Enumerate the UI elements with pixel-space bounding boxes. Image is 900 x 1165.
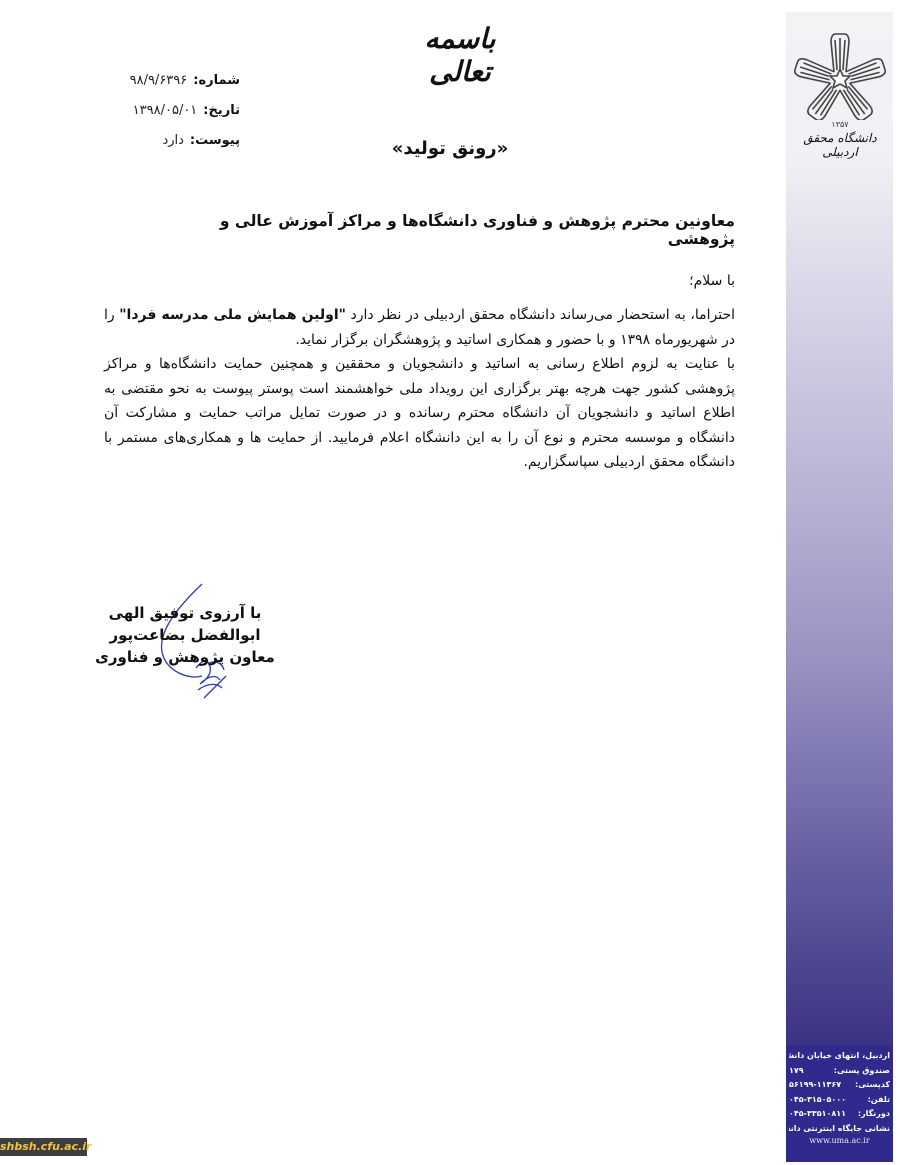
attachment-value: دارد xyxy=(162,128,183,158)
footer-web-label: نشانی جایگاه اینترنتی دانشگاه xyxy=(789,1122,890,1137)
postal-label: کدپستی: xyxy=(855,1078,890,1093)
number-label: شماره: xyxy=(193,68,240,98)
invocation-heading: باسمه تعالی xyxy=(400,22,520,88)
event-title: "اولین همایش ملی مدرسه فردا" xyxy=(119,307,346,323)
decorative-side-band xyxy=(786,12,893,1162)
logo-year: ۱۳۵۷ xyxy=(790,120,890,129)
footer-postal: کدپستی:۵۶۱۹۹-۱۱۳۶۷ xyxy=(789,1078,890,1093)
footer-fax: دورنگار:۰۴۵-۳۳۵۱۰۸۱۱ xyxy=(789,1107,890,1122)
signature-block: با آرزوی توفیق الهی ابوالفضل بضاعت‌پور م… xyxy=(90,602,280,668)
meta-date: تاریخ: ۱۳۹۸/۰۵/۰۱ xyxy=(100,98,240,128)
contact-footer: اردبیل، انتهای خیابان دانشگاه صندوق پستی… xyxy=(786,1045,893,1162)
date-value: ۱۳۹۸/۰۵/۰۱ xyxy=(133,98,198,128)
date-label: تاریخ: xyxy=(203,98,240,128)
pobox-value: ۱۷۹ xyxy=(789,1064,804,1079)
meta-attachment: پیوست: دارد xyxy=(100,128,240,158)
website-url[interactable]: www.uma.ac.ir xyxy=(789,1136,890,1145)
paragraph-2: با عنایت به لزوم اطلاع رسانی به اساتید و… xyxy=(104,352,735,475)
letter-meta: شماره: ۹۸/۹/۶۳۹۶ تاریخ: ۱۳۹۸/۰۵/۰۱ پیوست… xyxy=(100,68,240,158)
signatory-title: معاون پژوهش و فناوری xyxy=(90,646,280,668)
paragraph-1-intro: احتراما، به استحضار می‌رساند دانشگاه محق… xyxy=(346,307,735,323)
university-name: دانشگاه محقق اردبیلی xyxy=(790,131,890,159)
footer-address: اردبیل، انتهای خیابان دانشگاه xyxy=(789,1049,890,1064)
meta-number: شماره: ۹۸/۹/۶۳۹۶ xyxy=(100,68,240,98)
closing-line: با آرزوی توفیق الهی xyxy=(90,602,280,624)
address-text: اردبیل، انتهای خیابان دانشگاه xyxy=(789,1049,890,1064)
pobox-label: صندوق پستی: xyxy=(834,1064,890,1079)
letter-body: احتراما، به استحضار می‌رساند دانشگاه محق… xyxy=(104,303,735,475)
university-logo: ۱۳۵۷ دانشگاه محقق اردبیلی xyxy=(790,28,890,158)
paragraph-1: احتراما، به استحضار می‌رساند دانشگاه محق… xyxy=(104,303,735,352)
phone-value: ۰۴۵-۳۱۵۰۵۰۰۰ xyxy=(789,1093,846,1108)
footer-phone: تلفن:۰۴۵-۳۱۵۰۵۰۰۰ xyxy=(789,1093,890,1108)
attachment-label: پیوست: xyxy=(190,128,240,158)
number-value: ۹۸/۹/۶۳۹۶ xyxy=(130,68,188,98)
salutation: با سلام؛ xyxy=(400,273,735,289)
addressee: معاونین محترم پژوهش و فناوری دانشگاه‌ها … xyxy=(200,212,735,248)
fax-value: ۰۴۵-۳۳۵۱۰۸۱۱ xyxy=(789,1107,846,1122)
fax-label: دورنگار: xyxy=(858,1107,890,1122)
signatory-name: ابوالفضل بضاعت‌پور xyxy=(90,624,280,646)
web-label: نشانی جایگاه اینترنتی دانشگاه xyxy=(789,1122,890,1137)
motto-heading: «رونق تولید» xyxy=(360,138,540,159)
source-watermark: shbsh.cfu.ac.ir xyxy=(0,1138,87,1156)
postal-value: ۵۶۱۹۹-۱۱۳۶۷ xyxy=(789,1078,841,1093)
phone-label: تلفن: xyxy=(868,1093,890,1108)
footer-pobox: صندوق پستی:۱۷۹ xyxy=(789,1064,890,1079)
university-star-logo-icon xyxy=(790,28,890,120)
